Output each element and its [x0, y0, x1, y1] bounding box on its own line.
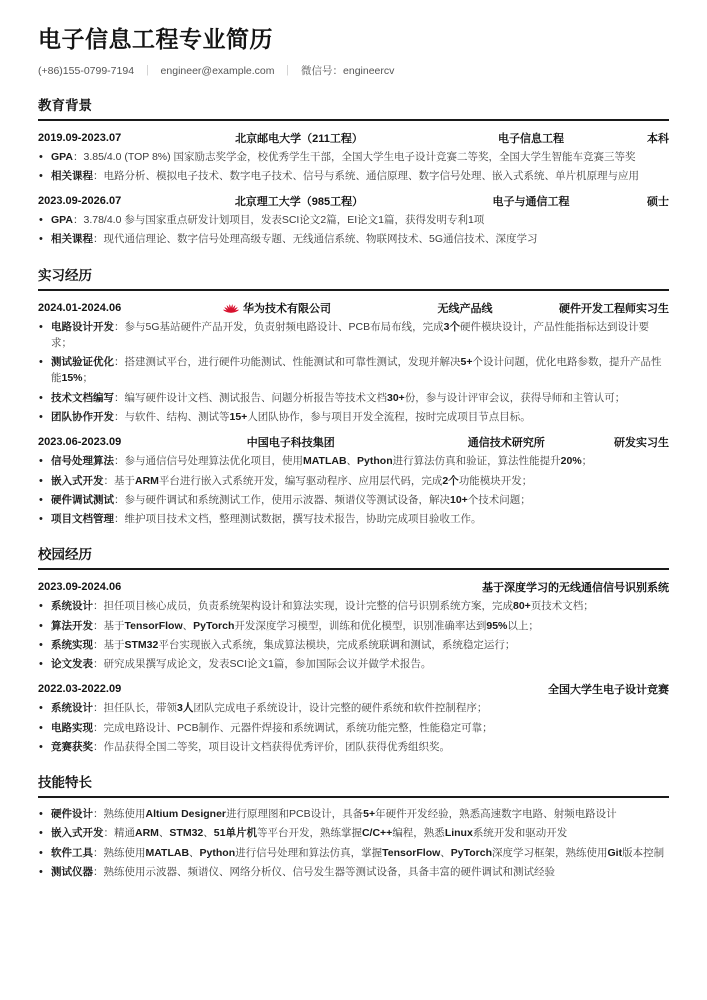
bullet-item: 技术文档编写：编写硬件设计文档、测试报告、问题分析报告等技术文档30+份，参与设…: [38, 390, 669, 406]
education-bullet-list: GPA：3.78/4.0 参与国家重点研发计划项目，发表SCI论文2篇，EI论文…: [38, 212, 669, 248]
entry-date: 2023.09-2026.07: [38, 195, 183, 207]
campus-entry-header: 2022.03-2022.09 全国大学生电子设计竞赛: [38, 681, 669, 697]
entry-company-cell: 华为技术有限公司: [183, 300, 371, 316]
internship-entry-header: 2024.01-2024.06: [38, 300, 669, 316]
bullet-item: GPA：3.78/4.0 参与国家重点研发计划项目，发表SCI论文2篇，EI论文…: [38, 212, 669, 228]
entry-major: 电子与通信工程: [415, 193, 647, 209]
contact-phone: (+86)155-0799-7194: [38, 65, 134, 77]
bullet-item: 电路设计开发：参与5G基站硬件产品开发，负责射频电路设计、PCB布局布线，完成3…: [38, 319, 669, 352]
bullet-item: 相关课程：现代通信理论、数字信号处理高级专题、无线通信系统、物联网技术、5G通信…: [38, 231, 669, 247]
campus-entry-header: 2023.09-2024.06 基于深度学习的无线通信信号识别系统: [38, 579, 669, 595]
bullet-item: 系统实现：基于STM32平台实现嵌入式系统，集成算法模块，完成系统联调和测试，系…: [38, 637, 669, 653]
entry-date: 2024.01-2024.06: [38, 302, 183, 314]
contact-separator: ｜: [283, 65, 294, 77]
campus-bullet-list: 系统设计：担任项目核心成员，负责系统架构设计和算法实现，设计完整的信号识别系统方…: [38, 598, 669, 672]
entry-department: 无线产品线: [371, 300, 559, 316]
contact-line: (+86)155-0799-7194｜engineer@example.com｜…: [38, 63, 669, 78]
contact-wechat: 微信号：engineercv: [301, 65, 394, 77]
bullet-item: 项目文档管理：维护项目技术文档，整理测试数据，撰写技术报告，协助完成项目验收工作…: [38, 511, 669, 527]
entry-company: 中国电子科技集团: [183, 434, 399, 450]
bullet-item: 电路实现：完成电路设计、PCB制作、元器件焊接和系统调试，系统功能完整，性能稳定…: [38, 720, 669, 736]
internship-bullet-list: 信号处理算法：参与通信信号处理算法优化项目，使用MATLAB、Python进行算…: [38, 453, 669, 527]
education-bullet-list: GPA：3.85/4.0 (TOP 8%) 国家励志奖学金，校优秀学生干部，全国…: [38, 149, 669, 185]
bullet-item: 测试仪器：熟练使用示波器、频谱仪、网络分析仪、信号发生器等测试设备，具备丰富的硬…: [38, 864, 669, 880]
campus-bullet-list: 系统设计：担任队长，带领3人团队完成电子系统设计，设计完整的硬件系统和软件控制程…: [38, 700, 669, 755]
section-heading-education: 教育背景: [38, 94, 669, 121]
bullet-item: 系统设计：担任队长，带领3人团队完成电子系统设计，设计完整的硬件系统和软件控制程…: [38, 700, 669, 716]
section-education: 教育背景 2019.09-2023.07 北京邮电大学（211工程） 电子信息工…: [38, 94, 669, 248]
education-entry-header: 2019.09-2023.07 北京邮电大学（211工程） 电子信息工程 本科: [38, 130, 669, 146]
contact-separator: ｜: [142, 65, 153, 77]
bullet-item: 系统设计：担任项目核心成员，负责系统架构设计和算法实现，设计完整的信号识别系统方…: [38, 598, 669, 614]
entry-major: 电子信息工程: [415, 130, 647, 146]
section-heading-campus: 校园经历: [38, 543, 669, 570]
entry-date: 2019.09-2023.07: [38, 132, 183, 144]
entry-school: 北京理工大学（985工程）: [183, 193, 415, 209]
section-heading-internship: 实习经历: [38, 264, 669, 291]
entry-role: 研发实习生: [614, 434, 669, 450]
bullet-item: 硬件调试测试：参与硬件调试和系统测试工作，使用示波器、频谱仪等测试设备，解决10…: [38, 492, 669, 508]
section-internship: 实习经历 2024.01-2024.06: [38, 264, 669, 528]
bullet-item: 信号处理算法：参与通信信号处理算法优化项目，使用MATLAB、Python进行算…: [38, 453, 669, 469]
entry-degree: 本科: [647, 130, 669, 146]
bullet-item: 测试验证优化：搭建测试平台，进行硬件功能测试、性能测试和可靠性测试，发现并解决5…: [38, 354, 669, 387]
internship-bullet-list: 电路设计开发：参与5G基站硬件产品开发，负责射频电路设计、PCB布局布线，完成3…: [38, 319, 669, 426]
entry-date: 2023.09-2024.06: [38, 581, 121, 593]
huawei-logo-icon: [223, 302, 239, 314]
section-campus: 校园经历 2023.09-2024.06 基于深度学习的无线通信信号识别系统 系…: [38, 543, 669, 755]
entry-role: 硬件开发工程师实习生: [559, 300, 669, 316]
bullet-item: 相关课程：电路分析、模拟电子技术、数字电子技术、信号与系统、通信原理、数字信号处…: [38, 168, 669, 184]
entry-project-title: 基于深度学习的无线通信信号识别系统: [482, 579, 669, 595]
section-skills: 技能特长 硬件设计：熟练使用Altium Designer进行原理图和PCB设计…: [38, 771, 669, 880]
entry-school: 北京邮电大学（211工程）: [183, 130, 415, 146]
internship-entry-header: 2023.06-2023.09 中国电子科技集团 通信技术研究所 研发实习生: [38, 434, 669, 450]
education-entry-header: 2023.09-2026.07 北京理工大学（985工程） 电子与通信工程 硕士: [38, 193, 669, 209]
entry-department: 通信技术研究所: [399, 434, 615, 450]
entry-date: 2022.03-2022.09: [38, 683, 121, 695]
bullet-item: 算法开发：基于TensorFlow、PyTorch开发深度学习模型，训练和优化模…: [38, 618, 669, 634]
resume-page: 电子信息工程专业简历 (+86)155-0799-7194｜engineer@e…: [0, 0, 707, 1000]
bullet-item: GPA：3.85/4.0 (TOP 8%) 国家励志奖学金，校优秀学生干部，全国…: [38, 149, 669, 165]
page-title: 电子信息工程专业简历: [38, 26, 669, 54]
bullet-item: 嵌入式开发：基于ARM平台进行嵌入式系统开发，编写驱动程序、应用层代码，完成2个…: [38, 473, 669, 489]
contact-email: engineer@example.com: [161, 65, 275, 77]
bullet-item: 论文发表：研究成果撰写成论文，发表SCI论文1篇，参加国际会议并做学术报告。: [38, 656, 669, 672]
skills-bullet-list: 硬件设计：熟练使用Altium Designer进行原理图和PCB设计，具备5+…: [38, 806, 669, 880]
bullet-item: 竞赛获奖：作品获得全国二等奖，项目设计文档获得优秀评价，团队获得优秀组织奖。: [38, 739, 669, 755]
entry-date: 2023.06-2023.09: [38, 436, 183, 448]
bullet-item: 硬件设计：熟练使用Altium Designer进行原理图和PCB设计，具备5+…: [38, 806, 669, 822]
bullet-item: 团队协作开发：与软件、结构、测试等15+人团队协作，参与项目开发全流程，按时完成…: [38, 409, 669, 425]
entry-project-title: 全国大学生电子设计竞赛: [548, 681, 669, 697]
section-heading-skills: 技能特长: [38, 771, 669, 798]
bullet-item: 软件工具：熟练使用MATLAB、Python进行信号处理和算法仿真，掌握Tens…: [38, 845, 669, 861]
entry-company: 华为技术有限公司: [243, 300, 331, 316]
bullet-item: 嵌入式开发：精通ARM、STM32、51单片机等平台开发，熟练掌握C/C++编程…: [38, 825, 669, 841]
entry-degree: 硕士: [647, 193, 669, 209]
